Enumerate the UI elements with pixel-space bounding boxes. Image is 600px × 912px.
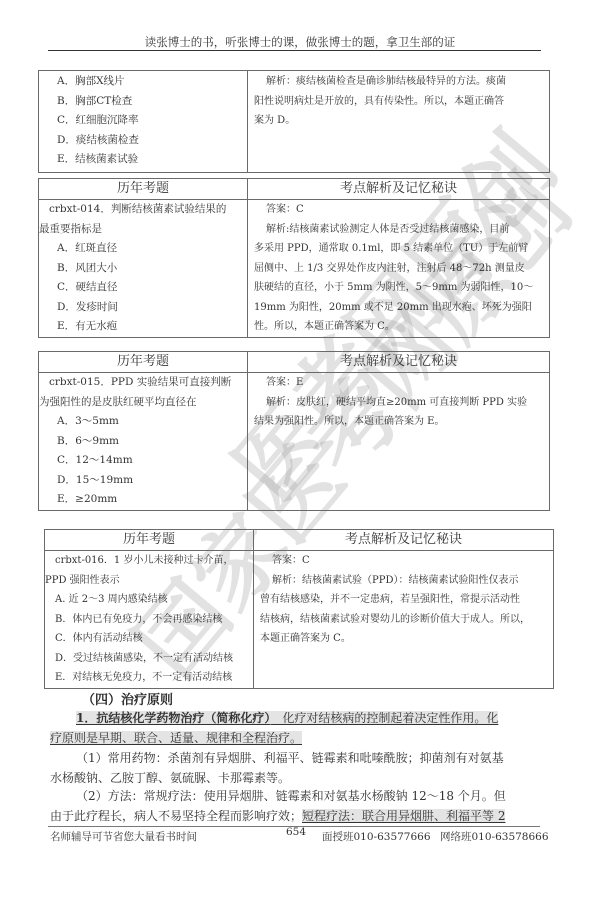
option: C．红细胞沉降率	[39, 111, 247, 131]
paragraph-text: 水杨酸钠、乙胺丁醇、氨硫脲、卡那霉素等。	[50, 768, 542, 788]
option: C．12～14mm	[39, 451, 247, 471]
question-text: 为强阳性的是皮肤红硬平均直径在	[39, 393, 247, 413]
option: B．体内已有免疫力，不会再感染结核	[45, 610, 253, 630]
option: E．有无水疱	[39, 317, 247, 337]
option: A．3～5mm	[39, 412, 247, 432]
question-cell: crbxt-015．PPD 实验结果可直接判断 为强阳性的是皮肤红硬平均直径在 …	[39, 373, 248, 511]
paragraph-methods: （2）方法：常规疗法：使用异烟肼、链霉素和对氨基水杨酸钠 12～18 个月。但 …	[50, 786, 542, 826]
option: B．6～9mm	[39, 432, 247, 452]
question-cell: A．胸部X线片 B．胸部CT检查 C．红细胞沉降率 D．痰结核菌检查 E．结核菌…	[39, 71, 248, 173]
column-header-questions: 历年考题	[39, 352, 248, 373]
analysis-cell: 解析：痰结核菌检查是确诊肺结核最特异的方法。痰菌 阳性说明病灶是开放的，具有传染…	[248, 71, 550, 173]
analysis-line: 解析:结核菌素试验测定人体是否受过结核菌感染，目前	[254, 220, 543, 240]
analysis-line: 19mm 为阳性，20mm 或不足 20mm 出现水疱、坏死为强阳	[254, 298, 543, 318]
question-text: crbxt-014．判断结核菌素试验结果的	[39, 200, 247, 220]
question-table-1: A．胸部X线片 B．胸部CT检查 C．红细胞沉降率 D．痰结核菌检查 E．结核菌…	[38, 70, 550, 173]
paragraph-text: 化疗对结核病的控制起着决定性作用。化	[270, 711, 498, 725]
footer-slogan: 名师辅导可节省您大量看书时间	[50, 829, 197, 844]
question-table-2: 历年考题 考点解析及记忆秘诀 crbxt-014．判断结核菌素试验结果的 最重要…	[38, 178, 550, 338]
analysis-line: 本题正确答案为 C。	[260, 629, 547, 649]
analysis-cell: 答案：C 解析：结核菌素试验（PPD）：结核菌素试验阳性仅表示 曾有结核感染，并…	[254, 551, 554, 689]
analysis-line: 曾有结核感染，并不一定患病，若呈强阳性，常提示活动性	[260, 590, 547, 610]
analysis-line: 阳性说明病灶是开放的，具有传染性。所以，本题正确答	[254, 92, 543, 112]
analysis-line: 肤硬结的直径，小于 5mm 为阴性，5～9mm 为弱阳性，10～	[254, 278, 543, 298]
question-text: crbxt-015．PPD 实验结果可直接判断	[39, 373, 247, 393]
analysis-line: 结核病，结核菌素试验对婴幼儿的诊断价值大于成人。所以，	[260, 610, 547, 630]
analysis-line: 屈侧中、上 1/3 交界处作皮内注射，注射后 48～72h 测量皮	[254, 259, 543, 279]
column-header-analysis: 考点解析及记忆秘诀	[248, 352, 550, 373]
analysis-line: 结果为强阳性。所以，本题正确答案为 E。	[254, 412, 543, 432]
analysis-line: 解析：皮肤红，硬结平均直≥20mm 可直接判断 PPD 实验	[254, 393, 543, 413]
question-table-3: 历年考题 考点解析及记忆秘诀 crbxt-015．PPD 实验结果可直接判断 为…	[38, 351, 550, 511]
analysis-cell: 答案：C 解析:结核菌素试验测定人体是否受过结核菌感染，目前 多采用 PPD，通…	[248, 200, 550, 338]
paragraph-text: （2）方法：常规疗法：使用异烟肼、链霉素和对氨基水杨酸钠 12～18 个月。但	[50, 786, 542, 806]
analysis-line: 性。所以，本题正确答案为 C。	[254, 317, 543, 337]
option: D．发疹时间	[39, 298, 247, 318]
option: A．胸部X线片	[39, 72, 247, 92]
page-header: 读张博士的书，听张博士的课，做张博士的题，拿卫生部的证	[0, 34, 600, 50]
paragraph-text: （1）常用药物：杀菌剂有异烟肼、利福平、链霉素和吡嗪酰胺；抑菌剂有对氨基	[50, 748, 542, 768]
option: C．体内有活动结核	[45, 629, 253, 649]
question-table-4: 历年考题 考点解析及记忆秘诀 crbxt-016．1 岁小儿未接种过卡介苗， P…	[44, 529, 554, 689]
paragraph-text: 由于此疗程长，病人不易坚持全程而影响疗效；	[50, 809, 302, 823]
option: A. 近 2～3 周内感染结核	[45, 590, 253, 610]
question-cell: crbxt-014．判断结核菌素试验结果的 最重要指标是 A．红斑直径 B．风团…	[39, 200, 248, 338]
paragraph-chemotherapy: 1．抗结核化学药物治疗（简称化疗） 化疗对结核病的控制起着决定性作用。化 疗原则…	[50, 708, 542, 748]
analysis-line: 解析：痰结核菌检查是确诊肺结核最特异的方法。痰菌	[254, 72, 543, 92]
analysis-line: 解析：结核菌素试验（PPD）：结核菌素试验阳性仅表示	[260, 571, 547, 591]
question-cell: crbxt-016．1 岁小儿未接种过卡介苗， PPD 强阳性表示 A. 近 2…	[45, 551, 254, 689]
option: E．结核菌素试验	[39, 150, 247, 170]
analysis-line: 多采用 PPD，通常取 0.1ml，即 5 结素单位（TU）于左前臂	[254, 239, 543, 259]
section-title: （四）治疗原则	[82, 689, 173, 708]
question-text: 最重要指标是	[39, 220, 247, 240]
footer-contact-inperson: 面授班010-63577666	[322, 829, 431, 844]
column-header-questions: 历年考题	[45, 530, 254, 551]
option: B．风团大小	[39, 259, 247, 279]
option: A．红斑直径	[39, 239, 247, 259]
question-text: crbxt-016．1 岁小儿未接种过卡介苗，	[45, 551, 253, 571]
option: B．胸部CT检查	[39, 92, 247, 112]
paragraph-text: 疗原则是早期、联合、适量、规律和全程治疗。	[50, 731, 302, 745]
paragraph-drugs: （1）常用药物：杀菌剂有异烟肼、利福平、链霉素和吡嗪酰胺；抑菌剂有对氨基 水杨酸…	[50, 748, 542, 788]
footer-contact-online: 网络班010-63578666	[440, 829, 549, 844]
page-number: 654	[286, 826, 306, 838]
answer: 答案：E	[254, 373, 543, 393]
option: E．对结核无免疫力，不一定有活动结核	[45, 668, 253, 688]
column-header-analysis: 考点解析及记忆秘诀	[254, 530, 554, 551]
paragraph-heading: 1．抗结核化学药物治疗（简称化疗）	[76, 711, 270, 725]
header-divider	[48, 50, 541, 51]
answer: 答案：C	[260, 551, 547, 571]
column-header-questions: 历年考题	[39, 179, 248, 200]
option: D．痰结核菌检查	[39, 131, 247, 151]
answer: 答案：C	[254, 200, 543, 220]
column-header-analysis: 考点解析及记忆秘诀	[248, 179, 550, 200]
option: E．≥20mm	[39, 490, 247, 510]
option: D．15～19mm	[39, 471, 247, 491]
analysis-cell: 答案：E 解析：皮肤红，硬结平均直≥20mm 可直接判断 PPD 实验 结果为强…	[248, 373, 550, 511]
paragraph-highlight: 短程疗法：联合用异烟肼、利福平等 2	[302, 809, 505, 823]
question-text: PPD 强阳性表示	[45, 571, 253, 591]
option: D．受过结核菌感染，不一定有活动结核	[45, 649, 253, 669]
option: C．硬结直径	[39, 278, 247, 298]
analysis-line: 案为 D。	[254, 111, 543, 131]
